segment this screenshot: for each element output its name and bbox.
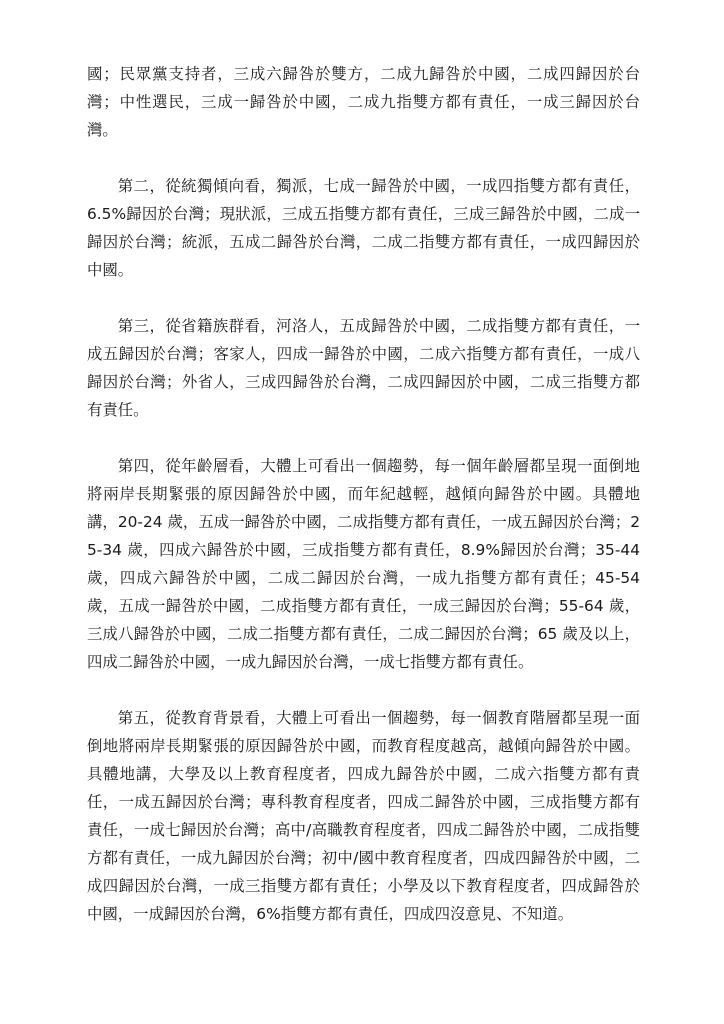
paragraph-education: 第五，從教育背景看，大體上可看出一個趨勢，每一個教育階層都呈現一面倒地將兩岸長期… [87, 704, 640, 928]
paragraph-ethnic-groups: 第三，從省籍族群看，河洛人，五成歸咎於中國，二成指雙方都有責任，一成五歸因於台灣… [87, 312, 640, 424]
paragraph-independence-unification: 第二，從統獨傾向看，獨派，七成一歸咎於中國，一成四指雙方都有責任，6.5%歸因於… [87, 172, 640, 284]
paragraph-age-groups: 第四，從年齡層看，大體上可看出一個趨勢，每一個年齡層都呈現一面倒地將兩岸長期緊張… [87, 452, 640, 676]
document-page: 國；民眾黨支持者，三成六歸咎於雙方，二成九歸咎於中國，二成四歸因於台灣；中性選民… [87, 60, 640, 956]
paragraph-party-continuation: 國；民眾黨支持者，三成六歸咎於雙方，二成九歸咎於中國，二成四歸因於台灣；中性選民… [87, 60, 640, 144]
